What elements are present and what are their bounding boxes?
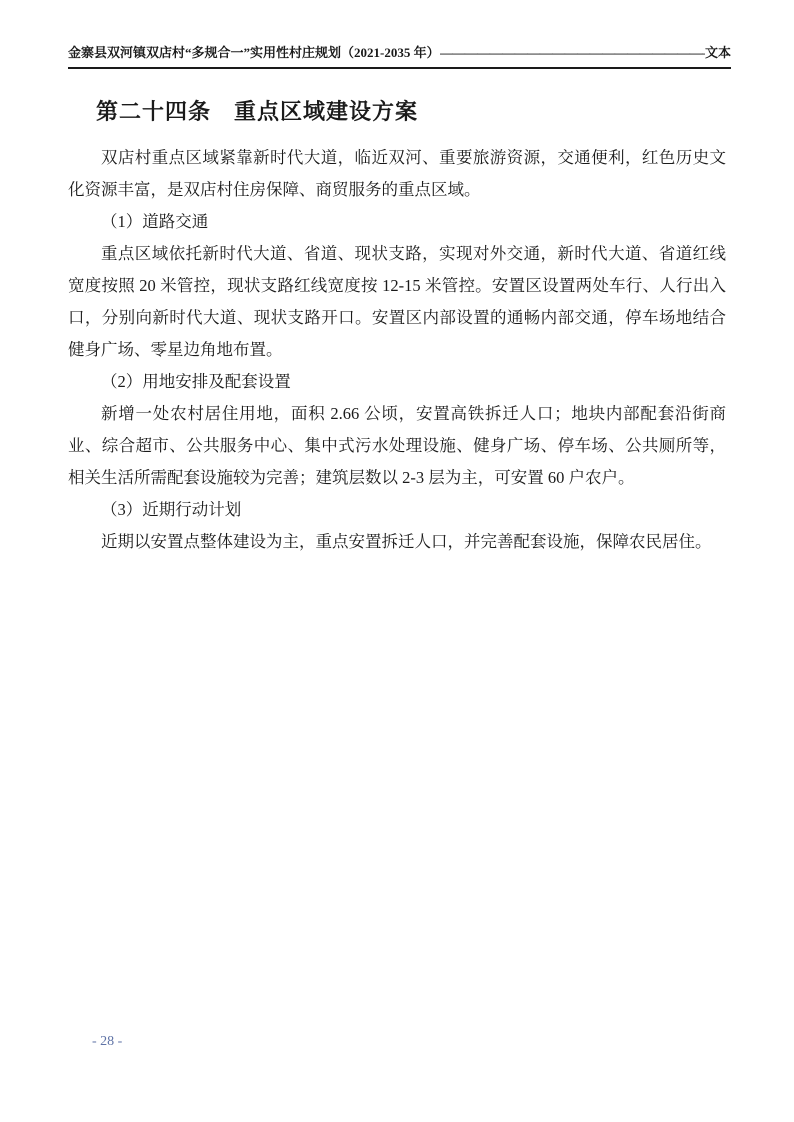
paragraph-land-use: 新增一处农村居住用地，面积 2.66 公顷，安置高铁拆迁人口；地块内部配套沿街商… — [68, 398, 726, 494]
subheading-action-plan: （3）近期行动计划 — [68, 494, 726, 526]
section-heading: 第二十四条 重点区域建设方案 — [96, 96, 726, 128]
subheading-land-use: （2）用地安排及配套设置 — [68, 366, 726, 398]
page-header: 金寨县双河镇双店村“多规合一”实用性村庄规划（2021-2035 年） ————… — [68, 44, 731, 69]
header-doc-label: 文本 — [705, 44, 731, 62]
document-page: 金寨县双河镇双店村“多规合一”实用性村庄规划（2021-2035 年） ————… — [0, 0, 794, 1122]
subheading-road-traffic: （1）道路交通 — [68, 206, 726, 238]
document-body: 第二十四条 重点区域建设方案 双店村重点区域紧靠新时代大道，临近双河、重要旅游资… — [68, 96, 726, 558]
paragraph-action-plan: 近期以安置点整体建设为主，重点安置拆迁人口，并完善配套设施，保障农民居住。 — [68, 526, 726, 558]
paragraph-intro: 双店村重点区域紧靠新时代大道，临近双河、重要旅游资源，交通便利，红色历史文化资源… — [68, 142, 726, 206]
page-number: - 28 - — [92, 1033, 122, 1051]
paragraph-road-traffic: 重点区域依托新时代大道、省道、现状支路，实现对外交通，新时代大道、省道红线宽度按… — [68, 238, 726, 366]
header-title: 金寨县双河镇双店村“多规合一”实用性村庄规划（2021-2035 年） — [68, 44, 440, 62]
header-dash-filler: ———————————————————————— — [440, 44, 705, 62]
